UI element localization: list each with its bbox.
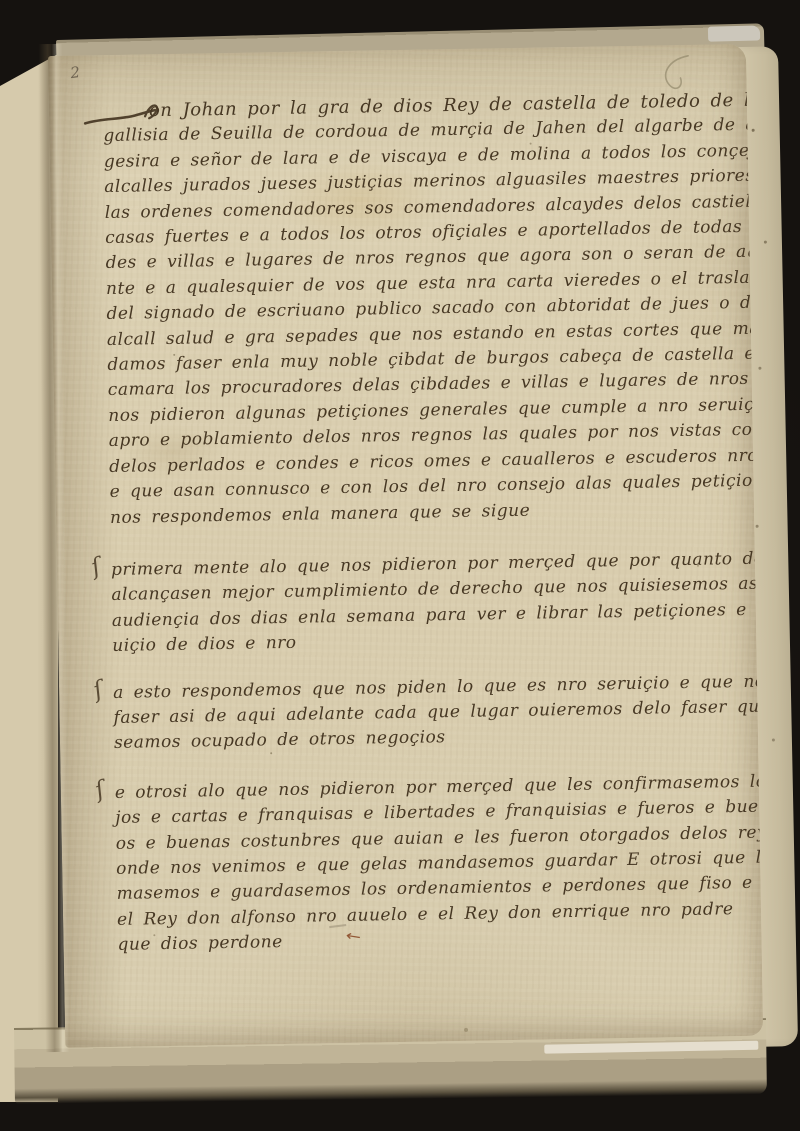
paper-sliver	[544, 1041, 758, 1054]
paragraph-mark: ſ	[88, 554, 104, 581]
paragraph-mark: ſ	[91, 677, 107, 704]
photo-background: 2 on Johan por la gra de dios Rey de cas…	[0, 0, 800, 1131]
paragraph-first-petition: ſprimera mente alo que nos pidieron por …	[111, 547, 763, 660]
paragraph-mark: ſ	[92, 777, 108, 804]
facing-page-edge	[0, 54, 58, 1102]
red-arrow-mark: ←	[345, 928, 363, 946]
manuscript-page: 2 on Johan por la gra de dios Rey de cas…	[48, 44, 763, 1048]
paragraph-royal-response: ſa esto respondemos que nos piden lo que…	[113, 669, 763, 757]
manuscript-text-block: on Johan por la gra de dios Rey de caste…	[103, 88, 763, 959]
paragraph-confirmation-petition: ſe otrosi alo que nos pidieron por merçe…	[115, 769, 764, 958]
paragraph-royal-intitulation: on Johan por la gra de dios Rey de caste…	[103, 88, 762, 531]
folio-number: 2	[69, 63, 81, 82]
